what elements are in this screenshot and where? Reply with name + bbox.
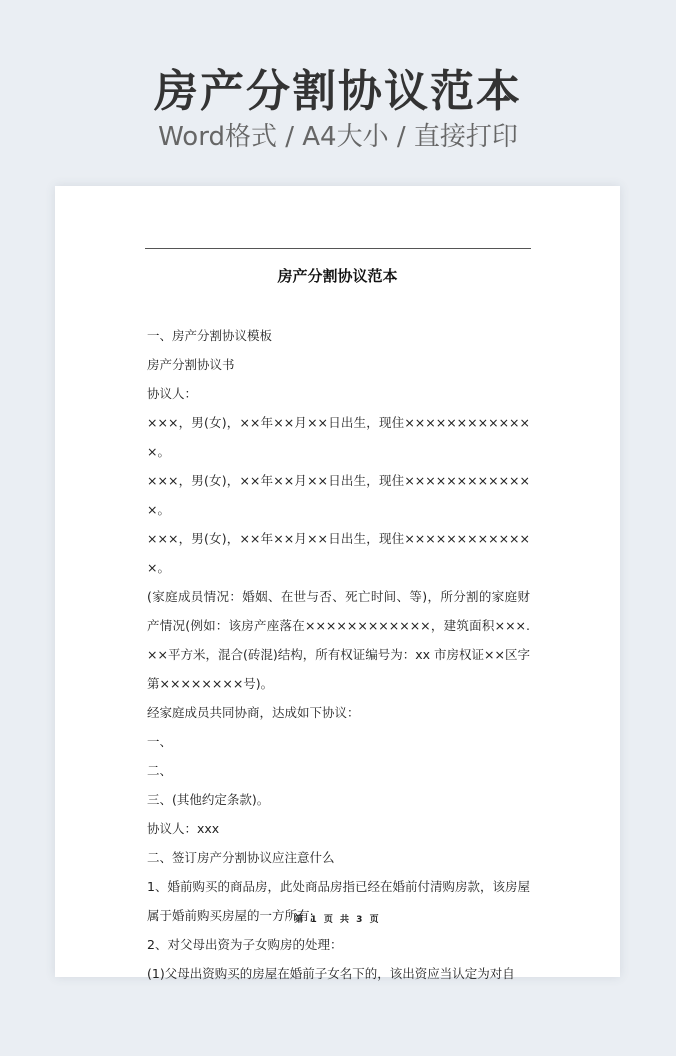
paragraph: 协议人：xxx [147, 814, 530, 843]
paragraph: 二、 [147, 756, 530, 785]
paragraph: 经家庭成员共同协商，达成如下协议： [147, 698, 530, 727]
paragraph: ×××，男(女)，××年××月××日出生，现住×××××××××××××。 [147, 408, 530, 466]
paragraph: 一、 [147, 727, 530, 756]
hero-title: 房产分割协议范本 [0, 64, 676, 120]
hero-subtitle: Word格式 / A4大小 / 直接打印 [0, 119, 676, 155]
document-title: 房产分割协议范本 [55, 264, 620, 288]
paragraph: (家庭成员情况：婚姻、在世与否、死亡时间、等)，所分割的家庭财产情况(例如：该房… [147, 582, 530, 698]
document-page: 房产分割协议范本 一、房产分割协议模板 房产分割协议书 协议人： ×××，男(女… [55, 186, 620, 977]
paragraph: 三、(其他约定条款)。 [147, 785, 530, 814]
paragraph: 2、对父母出资为子女购房的处理： [147, 930, 530, 959]
paragraph: (1)父母出资购买的房屋在婚前子女名下的，该出资应当认定为对自 [147, 959, 530, 988]
paragraph: 协议人： [147, 379, 530, 408]
paragraph: 房产分割协议书 [147, 350, 530, 379]
paragraph: ×××，男(女)，××年××月××日出生，现住×××××××××××××。 [147, 466, 530, 524]
document-body: 一、房产分割协议模板 房产分割协议书 协议人： ×××，男(女)，××年××月×… [147, 321, 530, 988]
page-number: 第 1 页 共 3 页 [55, 912, 620, 928]
section-heading: 一、房产分割协议模板 [147, 321, 530, 350]
paragraph: ×××，男(女)，××年××月××日出生，现住×××××××××××××。 [147, 524, 530, 582]
section-heading: 二、签订房产分割协议应注意什么 [147, 843, 530, 872]
header-rule [145, 248, 531, 249]
